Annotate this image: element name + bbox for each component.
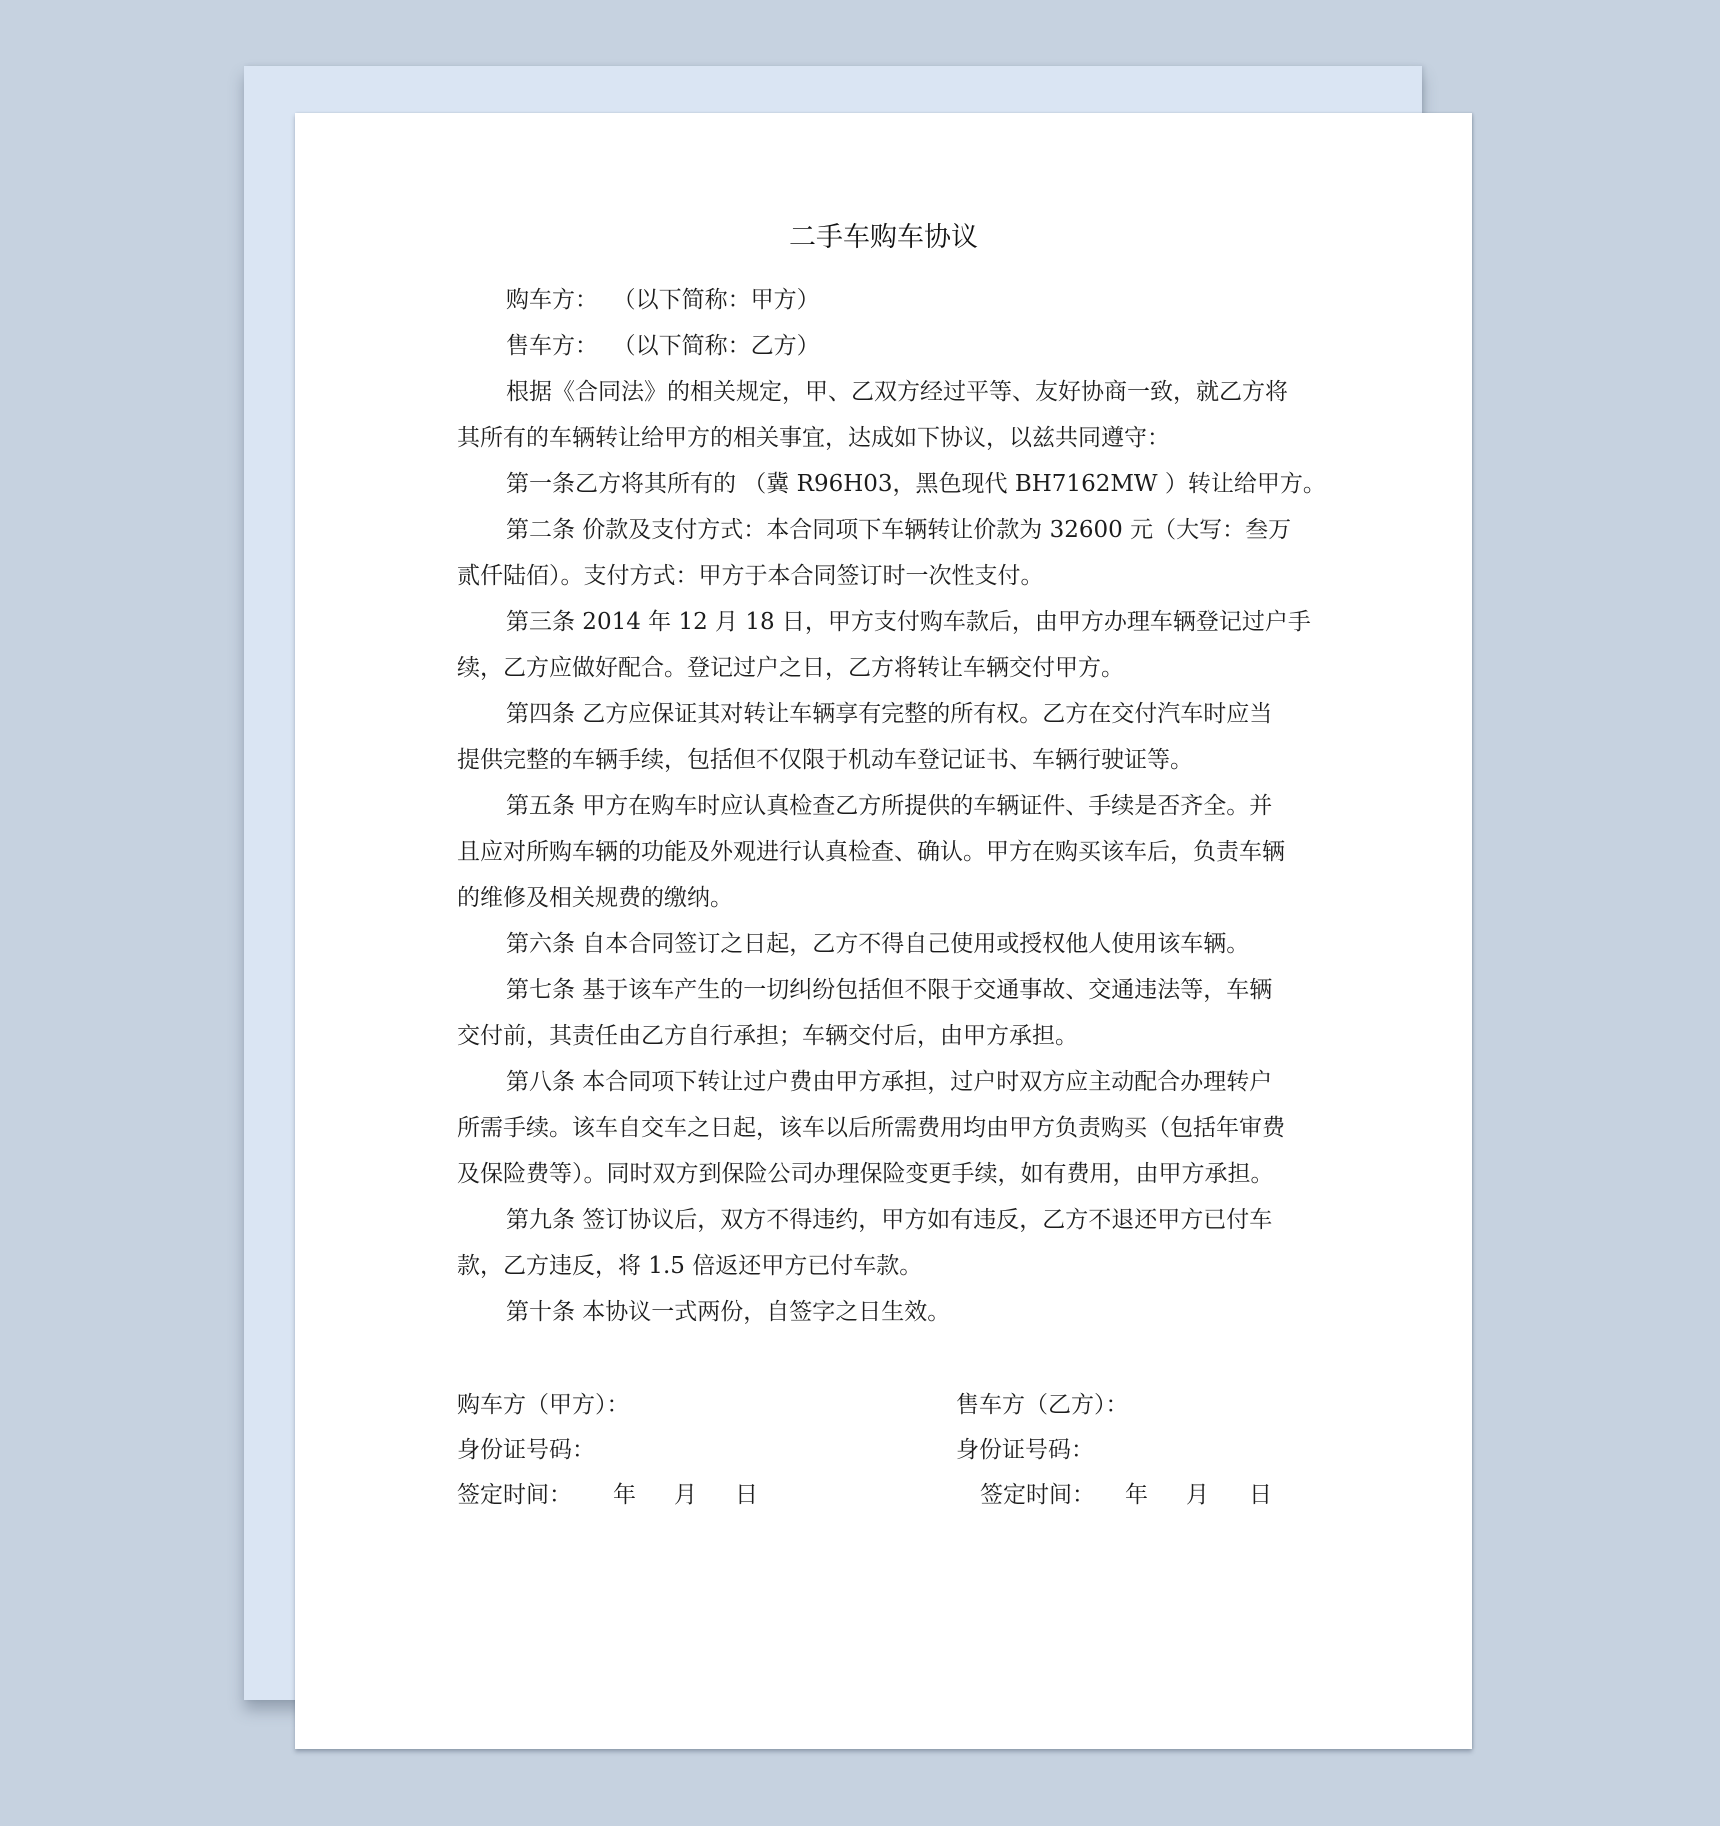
signature-block: 购车方（甲方）： 售车方（乙方）： 身份证号码： 身份证号码： 签定时间： 年 … bbox=[457, 1383, 1337, 1518]
document-body: 购车方： （以下简称：甲方） 售车方： （以下简称：乙方） 根据《合同法》的相关… bbox=[457, 277, 1317, 1335]
article-7-line-2: 交付前，其责任由乙方自行承担；车辆交付后，由甲方承担。 bbox=[457, 1013, 1317, 1059]
preamble-line-2: 其所有的车辆转让给甲方的相关事宜，达成如下协议，以兹共同遵守： bbox=[457, 415, 1317, 461]
preamble-line-1: 根据《合同法》的相关规定，甲、乙双方经过平等、友好协商一致，就乙方将 bbox=[457, 369, 1317, 415]
buyer-date-month: 月 bbox=[674, 1473, 697, 1518]
seller-date-label: 签定时间： bbox=[980, 1473, 1095, 1518]
article-4-line-2: 提供完整的车辆手续，包括但不仅限于机动车登记证书、车辆行驶证等。 bbox=[457, 737, 1317, 783]
article-5-line-2: 且应对所购车辆的功能及外观进行认真检查、确认。甲方在购买该车后，负责车辆 bbox=[457, 829, 1317, 875]
article-10-line-1: 第十条 本协议一式两份，自签字之日生效。 bbox=[457, 1289, 1317, 1335]
article-8-line-1: 第八条 本合同项下转让过户费由甲方承担，过户时双方应主动配合办理转户 bbox=[457, 1059, 1317, 1105]
article-8-line-3: 及保险费等）。同时双方到保险公司办理保险变更手续，如有费用，由甲方承担。 bbox=[457, 1151, 1317, 1197]
article-9-line-2: 款，乙方违反，将 1.5 倍返还甲方已付车款。 bbox=[457, 1243, 1317, 1289]
signature-id-row: 身份证号码： 身份证号码： bbox=[457, 1428, 1337, 1473]
seller-date-month: 月 bbox=[1186, 1473, 1209, 1518]
buyer-date-label: 签定时间： bbox=[457, 1473, 572, 1518]
seller-signature-label: 售车方（乙方）： bbox=[956, 1383, 1129, 1428]
article-2-line-1: 第二条 价款及支付方式：本合同项下车辆转让价款为 32600 元（大写：叁万 bbox=[457, 507, 1317, 553]
buyer-party-line: 购车方： （以下简称：甲方） bbox=[457, 277, 1317, 323]
article-8-line-2: 所需手续。该车自交车之日起，该车以后所需费用均由甲方负责购买（包括年审费 bbox=[457, 1105, 1317, 1151]
seller-party-line: 售车方： （以下简称：乙方） bbox=[457, 323, 1317, 369]
article-9-line-1: 第九条 签订协议后，双方不得违约，甲方如有违反，乙方不退还甲方已付车 bbox=[457, 1197, 1317, 1243]
document-title: 二手车购车协议 bbox=[295, 220, 1472, 256]
buyer-date-day: 日 bbox=[735, 1473, 758, 1518]
document-page: 二手车购车协议 购车方： （以下简称：甲方） 售车方： （以下简称：乙方） 根据… bbox=[295, 113, 1472, 1749]
seller-date-day: 日 bbox=[1249, 1473, 1272, 1518]
buyer-id-label: 身份证号码： bbox=[457, 1428, 595, 1473]
article-1-line-1: 第一条乙方将其所有的 （冀 R96H03，黑色现代 BH7162MW ）转让给甲… bbox=[457, 461, 1317, 507]
buyer-signature-label: 购车方（甲方）： bbox=[457, 1383, 630, 1428]
signature-date-row: 签定时间： 年 月 日 签定时间： 年 月 日 bbox=[457, 1473, 1337, 1518]
article-4-line-1: 第四条 乙方应保证其对转让车辆享有完整的所有权。乙方在交付汽车时应当 bbox=[457, 691, 1317, 737]
article-5-line-3: 的维修及相关规费的缴纳。 bbox=[457, 875, 1317, 921]
article-2-line-2: 贰仟陆佰）。支付方式：甲方于本合同签订时一次性支付。 bbox=[457, 553, 1317, 599]
article-6-line-1: 第六条 自本合同签订之日起，乙方不得自己使用或授权他人使用该车辆。 bbox=[457, 921, 1317, 967]
seller-date-year: 年 bbox=[1125, 1473, 1148, 1518]
buyer-date-year: 年 bbox=[613, 1473, 636, 1518]
article-3-line-2: 续，乙方应做好配合。登记过户之日，乙方将转让车辆交付甲方。 bbox=[457, 645, 1317, 691]
signature-party-row: 购车方（甲方）： 售车方（乙方）： bbox=[457, 1383, 1337, 1428]
article-7-line-1: 第七条 基于该车产生的一切纠纷包括但不限于交通事故、交通违法等，车辆 bbox=[457, 967, 1317, 1013]
seller-id-label: 身份证号码： bbox=[956, 1428, 1094, 1473]
article-3-line-1: 第三条 2014 年 12 月 18 日，甲方支付购车款后，由甲方办理车辆登记过… bbox=[457, 599, 1317, 645]
article-5-line-1: 第五条 甲方在购车时应认真检查乙方所提供的车辆证件、手续是否齐全。并 bbox=[457, 783, 1317, 829]
